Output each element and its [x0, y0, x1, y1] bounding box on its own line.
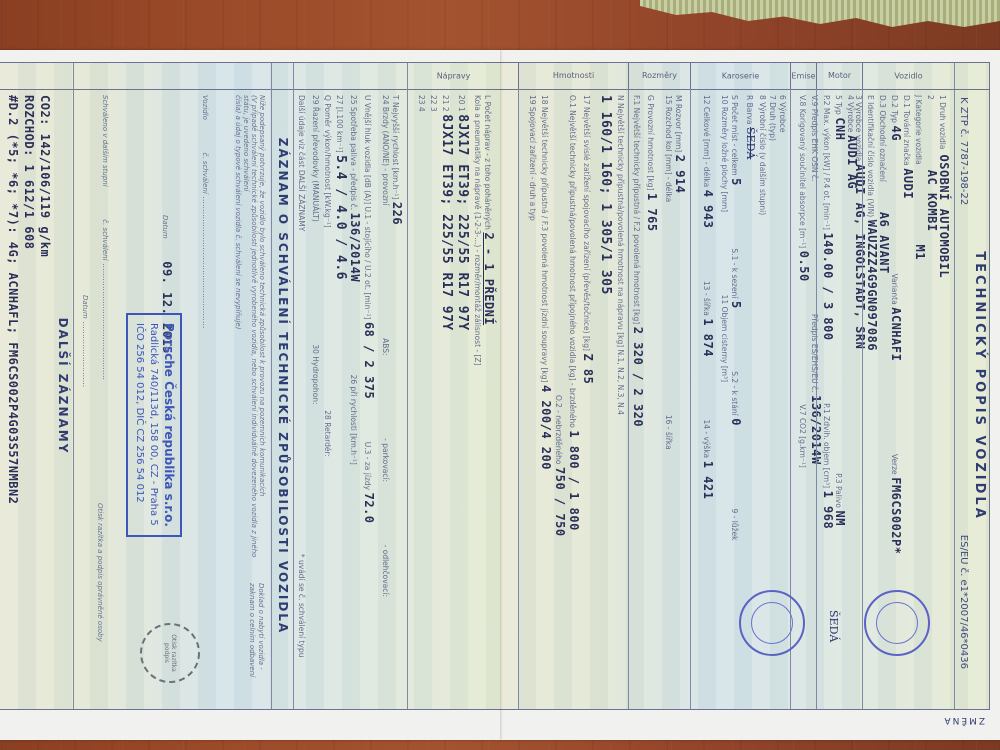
change-column: ZMĚNA [500, 709, 989, 735]
field-20-tyres-axle-1: 20 1 8JX17 ET39; 225/55 R17 97Y [455, 95, 470, 703]
field-27-consumption: 27 [l.100 km⁻¹] 5.4 / 4.0 / 4.6 [333, 95, 348, 703]
other-record-d2: #D.2 (*5; *6; *7): 4G; ACNHAFL; FM6CS002… [6, 95, 20, 703]
approval-section-title: ZÁZNAM O SCHVÁLENÍ TECHNICKÉ ZPŮSOBILOST… [276, 63, 290, 709]
approval-vehicle-line: Vozidlo č. schválení ...................… [201, 95, 210, 703]
category-vozidlo: Vozidlo [862, 63, 955, 89]
page-axles-and-approval: Nápravy L Počet náprav - z toho poháněný… [0, 50, 500, 740]
field-F1: F.1 Největší technicky přípustná / F.2 p… [631, 95, 645, 703]
dealer-stamp: Porsche Česká republika s.r.o. Radlická … [126, 313, 182, 537]
more-info-note: Další údaje viz část DALŠÍ ZÁZNAMY * uvá… [297, 95, 306, 703]
field-M-wheelbase: M Rozvor [mm] 2 914 [673, 95, 687, 703]
category-karoserie: Karoserie [690, 63, 791, 89]
field-18: 18 Největší technicky přípustná / F.3 po… [539, 95, 553, 703]
next-stage-date: Datum .......................... [81, 95, 90, 703]
field-21-tyres-axle-2: 21 2 8JX17 ET39; 225/55 R17 97Y [439, 95, 454, 703]
field-29: 29 Řazení převodovky (MANUÁLT) 30 Hydrop… [311, 95, 320, 703]
document-photo: TECHNICKÝ POPIS VOZIDLA K ZTP č. 7787-19… [0, 45, 1000, 750]
other-record-track: ROZCHOD: 1 612/1 608 [22, 95, 36, 703]
document-title: TECHNICKÝ POPIS VOZIDLA [972, 63, 987, 709]
category-column: Vozidlo Motor Emise Karoserie Rozměry Hm… [500, 63, 989, 90]
round-stamp-prague-2 [739, 590, 805, 656]
field-L-axles: L Počet náprav - z toho poháněných 2 - 1… [482, 95, 496, 703]
technical-description-document: TECHNICKÝ POPIS VOZIDLA K ZTP č. 7787-19… [0, 50, 1000, 740]
approval-statement: Níže podepsaný potvrzuje, že vozidlo byl… [234, 95, 266, 569]
field-17: 17 Největší svislé zatížení spojovacího … [581, 95, 595, 703]
signature-note: Otisk razítka a podpis oprávněné osoby [96, 503, 105, 703]
category-emise: Emise [790, 63, 817, 89]
field-Q: Q Poměr výkon/hmotnost [kW.kg⁻¹] 28 Reta… [323, 95, 332, 703]
field-25-fuel: 25 Spotřeba paliva - předpis č. 136/2014… [348, 95, 362, 703]
field-23: 23 4 [417, 95, 426, 703]
field-1: 1 Druh vozidla OSOBNÍ AUTOMOBIL [937, 95, 951, 703]
form-code: K ZTP č. 7787-198-22 [958, 97, 969, 205]
field-O1: O.1 Největší technicky přípustná/povolen… [567, 95, 581, 703]
category-rozmery: Rozměry [628, 63, 691, 89]
field-4: 4 Výrobce AUDI AG [845, 95, 859, 703]
ownership-note: Doklad o nabytí vozidla - zaknam o celní… [248, 583, 266, 693]
eu-approval-number: ES/EU č. e1*2007/46*0436 [958, 535, 969, 669]
field-U-noise: U Vnější hluk vozidla [dB (A)] U.1 - sto… [362, 95, 376, 703]
other-record-co2: CO2: 142/106/119 g/km [38, 95, 52, 703]
category-column-2: Nápravy [0, 63, 500, 90]
field-19: 19 Spojovací zařízení - druh a typ [528, 95, 537, 703]
category-hmotnosti: Hmotnosti [518, 63, 629, 89]
field-24-brakes: 24 Brzdy (ANO/NE) - provozní ABS: - park… [381, 95, 390, 703]
field-O2: O.2 - nebrzděného 750 / 750 [553, 95, 567, 703]
dashed-stamp-placeholder: Otisk razítka podpis [140, 623, 200, 683]
category-motor: Motor [816, 63, 863, 89]
round-stamp-prague-1 [864, 590, 930, 656]
axles-approval-sheet: Nápravy L Počet náprav - z toho poháněný… [0, 62, 500, 710]
field-N-value: 1 160/1 160; 1 305/1 305 [598, 95, 613, 703]
field-T-max-speed: T Nejvyšší rychlost [km.h⁻¹] 226 [390, 95, 404, 703]
field-12-dimensions: 12 Celkové [mm] - délka 4 943 13 - šířka… [701, 95, 715, 703]
tyre-header: Kola a pneumatiky na nápravě (1-2-3-...)… [473, 95, 482, 703]
field-22: 22 3 [429, 95, 438, 703]
other-records-title: DALŠÍ ZÁZNAMY [56, 63, 70, 709]
handwritten-color-correction: ŠEDÁ [827, 610, 840, 642]
field-N: N Největší technicky přípustná/povolená … [616, 95, 625, 703]
field-G-weight: G Provozní hmotnost [kg] 1 765 [645, 95, 659, 703]
field-10: 10 Rozměry ložné plochy [mm] 11 Objem ci… [720, 95, 729, 703]
category-napravy: Nápravy [407, 63, 500, 89]
field-15: 15 Rozchod kol [mm] - délka 16 - šířka [664, 95, 673, 703]
